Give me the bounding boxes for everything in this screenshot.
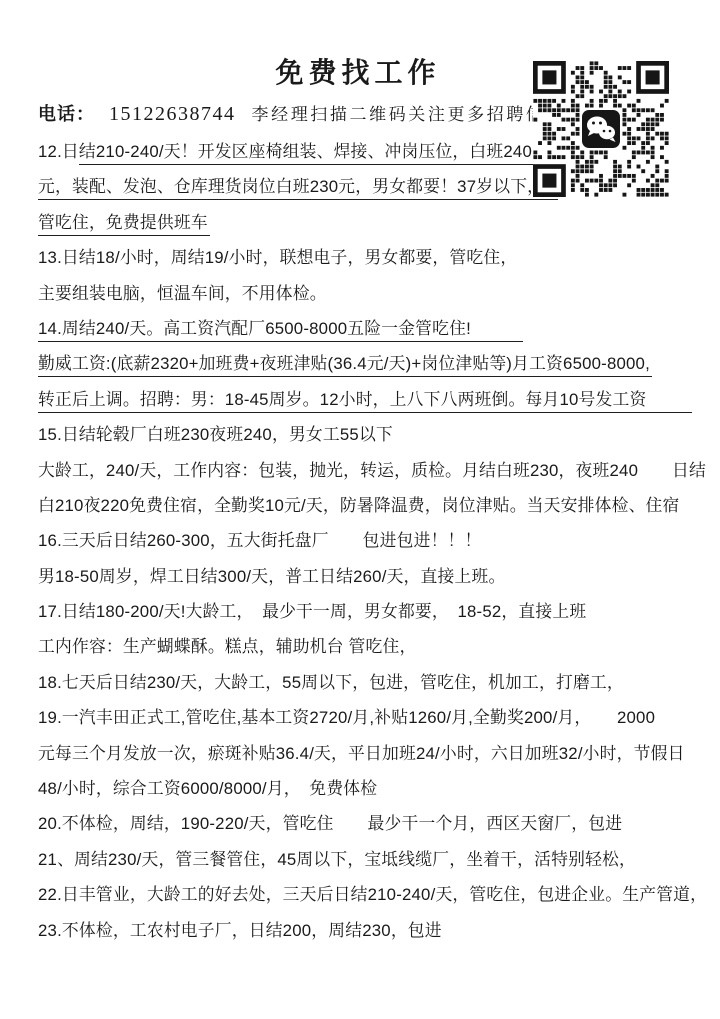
listing-line-text: 大龄工，240/天，工作内容：包装，抛光，转运，质检。月结白班230，夜班240… [38,461,706,480]
listing-line-text: 白210夜220免费住宿，全勤奖10元/天，防暑降温费，岗位津贴。当天安排体检、… [38,496,680,515]
listing-line: 白210夜220免费住宿，全勤奖10元/天，防暑降温费，岗位津贴。当天安排体检、… [38,488,720,523]
listing-line-text: 20.不体检，周结，190-220/天，管吃住 最少干一个月，西区天窗厂，包进 [38,814,622,833]
wechat-icon [582,110,620,148]
listing-line: 13.日结18/小时，周结19/小时，联想电子，男女都要，管吃住， [38,240,720,275]
listing-line: 勤威工资:(底薪2320+加班费+夜班津贴(36.4元/天)+岗位津贴等)月工资… [38,346,720,381]
listing-line: 工内作容：生产蝴蝶酥。糕点，辅助机台 管吃住， [38,629,720,664]
listing-line-text: 转正后上调。招聘：男：18-45周岁。12小时，上八下八两班倒。每月10号发工资 [38,390,692,413]
listing-line: 22.日丰管业，大龄工的好去处，三天后日结210-240/天，管吃住，包进企业。… [38,877,720,912]
listing-line: 20.不体检，周结，190-220/天，管吃住 最少干一个月，西区天窗厂，包进 [38,806,720,841]
phone-number: 15122638744 [109,103,236,125]
listing-line-text: 主要组装电脑，恒温车间，不用体检。 [38,284,327,303]
listing-line: 15.日结轮毂厂白班230夜班240，男女工55以下 [38,417,720,452]
listing-line-text: 元，装配、发泡、仓库理货岗位白班230元，男女都要！37岁以下， [38,177,558,200]
listing-line-text: 18.七天后日结230/天，大龄工，55周以下，包进，管吃住，机加工，打磨工， [38,673,624,692]
phone-label: 电话： [38,104,95,124]
listing-line-text: 勤威工资:(底薪2320+加班费+夜班津贴(36.4元/天)+岗位津贴等)月工资… [38,354,652,377]
listing-line-prefix: 12.日 [38,142,79,161]
listing-line: 主要组装电脑，恒温车间，不用体检。 [38,276,720,311]
listing-line-text: 21、周结230/天，管三餐管住，45周以下，宝坻线缆厂，坐着干，活特别轻松， [38,850,636,869]
listing-line-text: 结210-240/天！开发区座椅组装、焊接、冲岗压位，白班240 [79,142,538,165]
listing-line-text: 23.不体检，工农村电子厂，日结200，周结230，包进 [38,921,442,940]
qr-caption: 李经理扫描二维码关注更多招聘信息 [252,105,566,124]
listing-line: 大龄工，240/天，工作内容：包装，抛光，转运，质检。月结白班230，夜班240… [38,453,720,488]
listing-line-text: 14.周结240/天。高工资汽配厂6500-8000五险一金管吃住! [38,319,523,342]
listing-line-text: 16.三天后日结260-300，五大街托盘厂 包进包进！！！ [38,531,482,550]
listing-line: 17.日结180-200/天!大龄工， 最少干一周，男女都要， 18-52，直接… [38,594,720,629]
listing-line-text: 15.日结轮毂厂白班230夜班240，男女工55以下 [38,425,393,444]
listing-line-text: 元每三个月发放一次，瘀斑补贴36.4/天，平日加班24/小时，六日加班32/小时… [38,744,685,763]
listing-line-text: 22.日丰管业，大龄工的好去处，三天后日结210-240/天，管吃住，包进企业。… [38,885,707,904]
listing-line: 14.周结240/天。高工资汽配厂6500-8000五险一金管吃住! [38,311,720,346]
listing-line-text: 19.一汽丰田正式工,管吃住,基本工资2720/月,补贴1260/月,全勤奖20… [38,708,655,727]
listing-line-text: 工内作容：生产蝴蝶酥。糕点，辅助机台 管吃住， [38,637,416,656]
listing-line: 男18-50周岁，焊工日结300/天，普工日结260/天，直接上班。 [38,559,720,594]
listing-line: 管吃住，免费提供班车 [38,205,720,240]
listing-line: 转正后上调。招聘：男：18-45周岁。12小时，上八下八两班倒。每月10号发工资 [38,382,720,417]
listing-line-text: 管吃住，免费提供班车 [38,213,210,236]
listing-line: 48/小时，综合工资6000/8000/月， 免费体检 [38,771,720,806]
listing-line: 23.不体检，工农村电子厂，日结200，周结230，包进 [38,913,720,948]
listing-line-text: 男18-50周岁，焊工日结300/天，普工日结260/天，直接上班。 [38,567,505,586]
scanned-flyer-page: 免费找工作 电话：15122638744李经理扫描二维码关注更多招聘信息 12.… [0,0,720,1019]
listing-line: 18.七天后日结230/天，大龄工，55周以下，包进，管吃住，机加工，打磨工， [38,665,720,700]
listing-line: 19.一汽丰田正式工,管吃住,基本工资2720/月,补贴1260/月,全勤奖20… [38,700,720,735]
wechat-qr-icon [533,61,669,197]
wechat-qr-code [533,61,669,197]
listing-line: 元每三个月发放一次，瘀斑补贴36.4/天，平日加班24/小时，六日加班32/小时… [38,736,720,771]
job-listing-lines: 12.日结210-240/天！开发区座椅组装、焊接、冲岗压位，白班240元，装配… [38,134,720,948]
listing-line-text: 17.日结180-200/天!大龄工， 最少干一周，男女都要， 18-52，直接… [38,602,586,621]
listing-line: 16.三天后日结260-300，五大街托盘厂 包进包进！！！ [38,523,720,558]
listing-line-text: 13.日结18/小时，周结19/小时，联想电子，男女都要，管吃住， [38,248,517,267]
listing-line: 21、周结230/天，管三餐管住，45周以下，宝坻线缆厂，坐着干，活特别轻松， [38,842,720,877]
listing-line-text: 48/小时，综合工资6000/8000/月， 免费体检 [38,779,377,798]
